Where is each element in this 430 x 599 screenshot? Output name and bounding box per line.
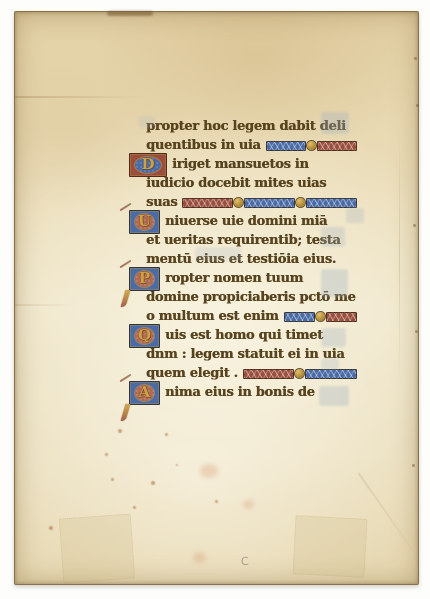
initial-letter: P [139,271,150,286]
initial-letter: D [141,157,154,172]
text-line: suas [129,193,357,212]
offset-smudge [346,208,364,223]
offset-smudge [321,328,346,347]
line-text: dnm : legem statuit ei in uia [146,347,344,362]
line-text: quem elegit . [146,366,238,381]
crease-line [358,472,423,563]
filler-bar-red [182,198,233,208]
initial-letter: Q [138,328,151,343]
offset-smudge [321,358,339,370]
foxing-spot [49,526,53,530]
offset-smudge [321,269,348,297]
manuscript-leaf: propter hoc legem dabit deliquentibus in… [14,11,419,585]
foxing-spot [215,500,218,503]
text-line: mentū eius et testiōia eius. [129,250,357,269]
foxing-spot [111,478,114,481]
page-photo: propter hoc legem dabit deliquentibus in… [0,0,430,599]
filler-bar-red [326,312,357,322]
filler-bar-blue [244,198,295,208]
offset-smudge [321,227,345,247]
illuminated-initial: Q [129,324,160,348]
illuminated-initial: D [129,153,167,177]
offset-smudge [195,247,241,261]
foxing-spot [151,481,155,485]
edge-speckle [414,57,417,60]
line-filler [243,369,357,379]
foxing-spot [105,453,108,456]
line-text: iriget mansuetos in [172,157,309,172]
edge-speckle [412,464,415,467]
filler-bar-blue [305,369,357,379]
crease-line [15,304,75,306]
initial-letter: U [138,214,151,229]
line-text: et ueritas requirentib; testa [146,233,340,248]
crease-line [399,132,400,382]
filler-gold-dot [307,141,316,150]
foxing-spot [176,464,178,466]
filler-bar-red [317,141,357,151]
foxing-spot [165,433,168,436]
top-edge-stain [107,11,153,16]
stain-spot [243,500,254,509]
stain-spot [193,552,206,563]
edge-speckle [416,104,419,107]
foxing-spot [118,429,122,433]
tape-ghost-left [59,514,135,584]
text-line: Diriget mansuetos in [129,155,357,174]
filler-gold-dot [295,369,304,378]
line-filler [182,198,357,208]
illuminated-initial: P [129,267,160,291]
pencil-mark: C [241,555,250,569]
foxing-spot [133,506,136,509]
filler-gold-dot [296,198,305,207]
filler-bar-blue [306,198,357,208]
edge-speckle [413,224,416,227]
filler-bar-blue [284,312,315,322]
line-text: o multum est enim [146,309,279,324]
line-text: suas [146,195,177,210]
stain-spot [200,464,218,478]
offset-smudge [139,116,155,128]
line-text: ropter nomen tuum [165,271,303,286]
text-line: o multum est enim [129,307,357,326]
crease-line [15,96,145,98]
text-line: iudicio docebit mites uias [129,174,357,193]
line-filler [284,312,357,322]
filler-gold-dot [234,198,243,207]
filler-bar-red [243,369,295,379]
line-text: propter hoc legem dabit deli [146,119,346,134]
illuminated-initial: A [129,381,160,405]
filler-bar-blue [266,141,306,151]
line-text: uis est homo qui timet [165,328,323,343]
line-filler [266,141,357,151]
offset-smudge [321,112,349,134]
tape-ghost-right [293,515,368,578]
line-text: niuerse uie domini miā [165,214,327,229]
line-text: iudicio docebit mites uias [146,176,326,191]
illuminated-initial: U [129,210,160,234]
filler-gold-dot [316,312,325,321]
edge-speckle [415,330,418,333]
line-text: nima eius in bonis de [165,385,315,400]
offset-smudge [319,386,349,406]
line-text: quentibus in uia [146,138,261,153]
initial-letter: A [139,385,151,400]
